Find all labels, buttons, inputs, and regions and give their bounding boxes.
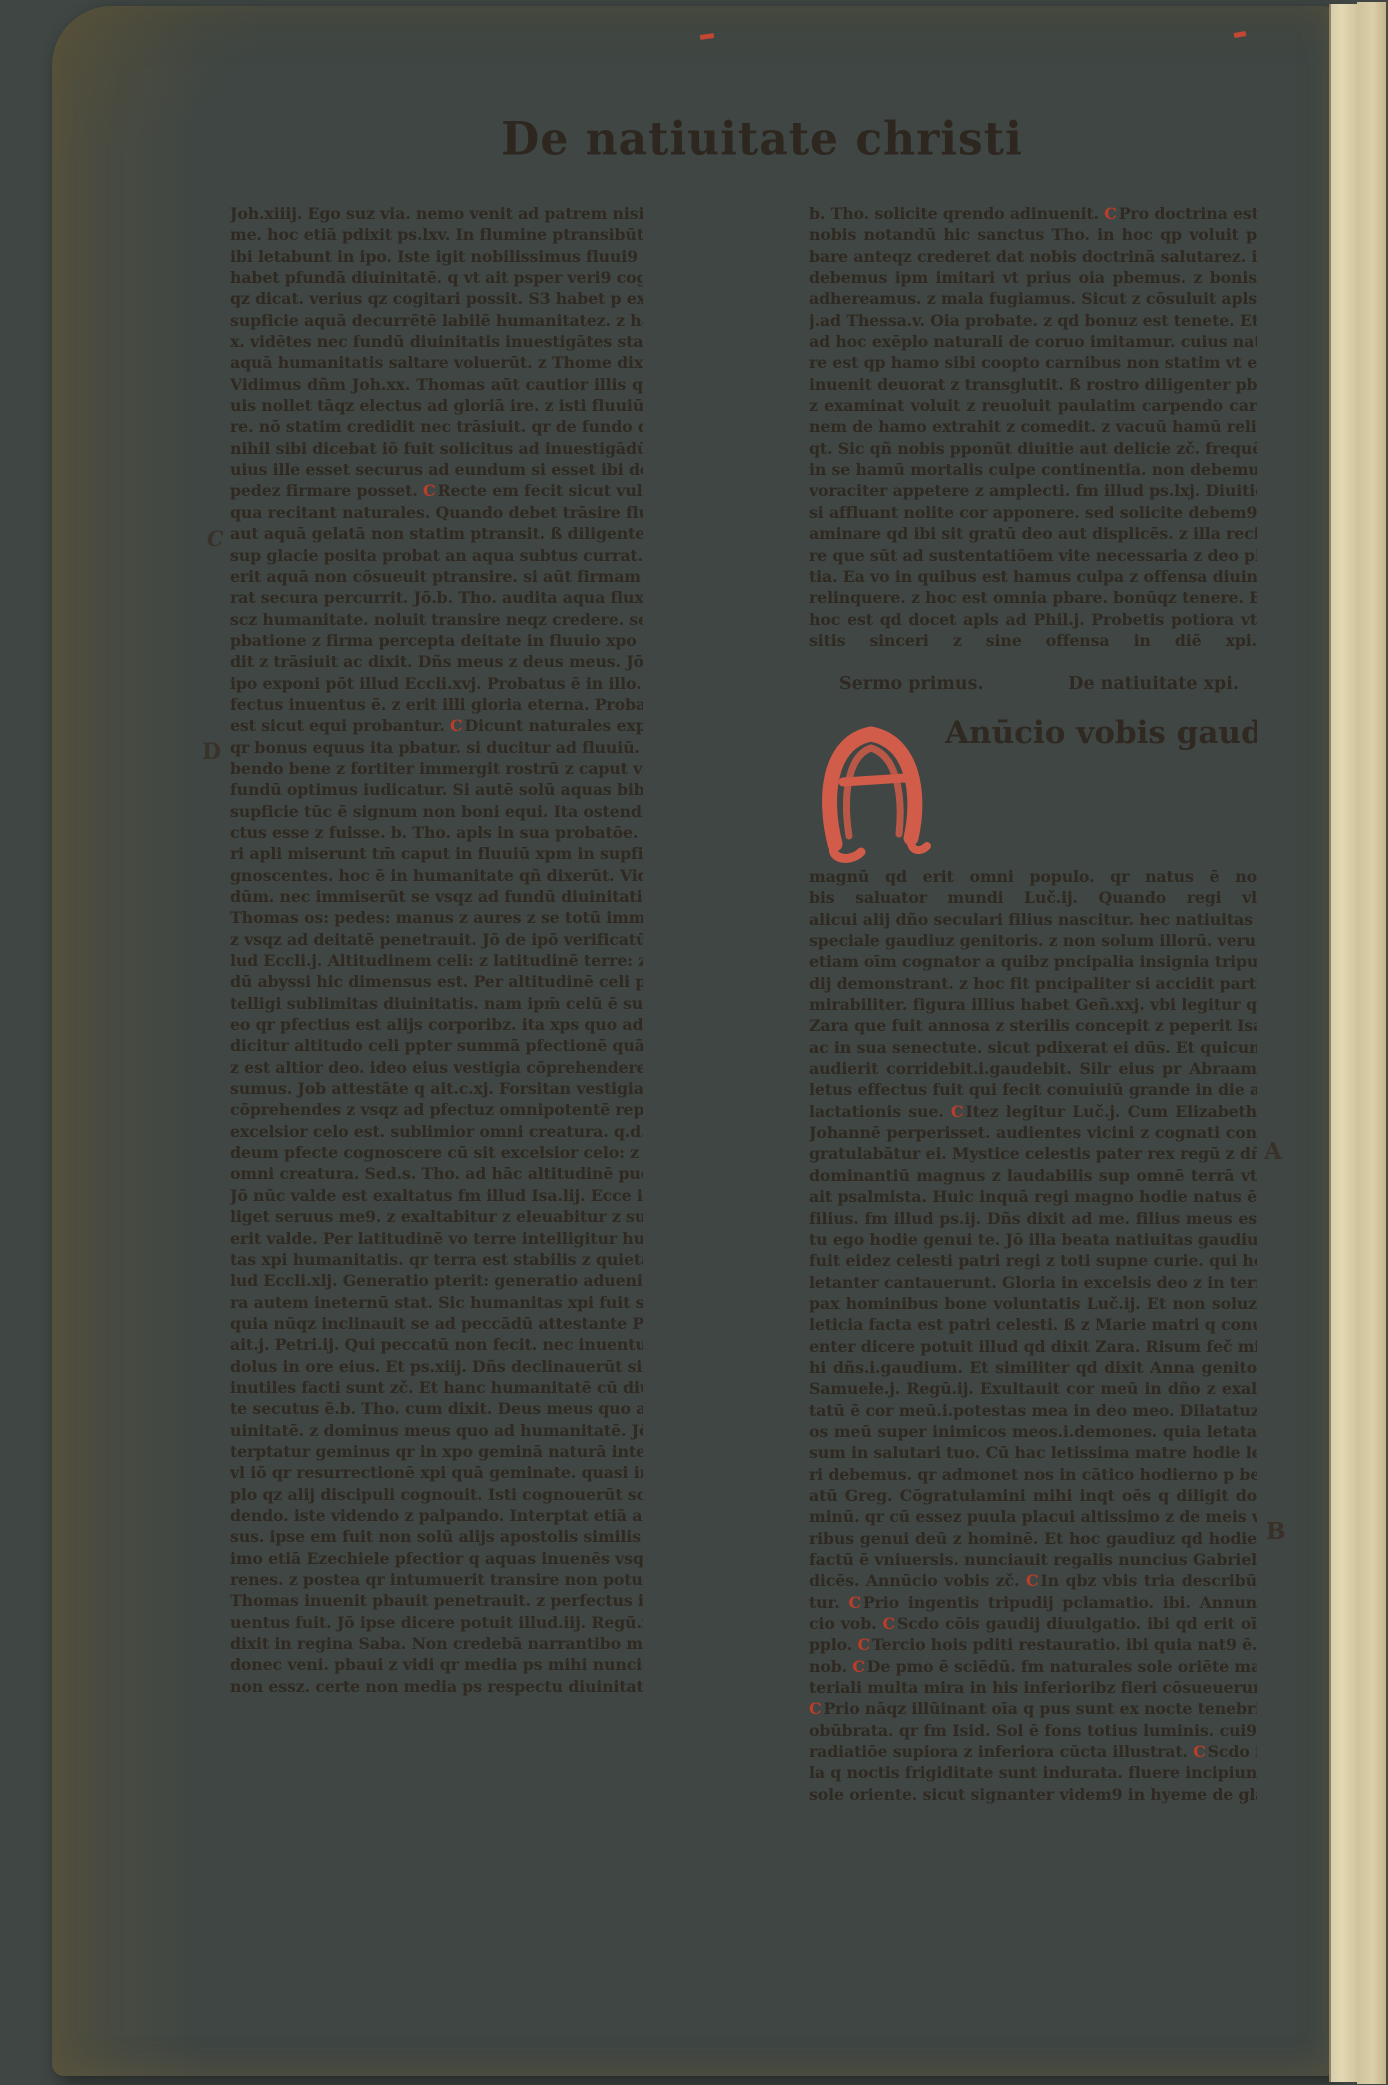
- text-line: scz humanitate. noluit transire neqz cre…: [230, 609, 643, 630]
- text-line: donec veni. pbaui z vidi qr media ps mih…: [230, 1654, 643, 1675]
- text-line: re. nō statim credidit nec trāsiuit. qr …: [230, 416, 643, 437]
- capitulum-mark: C: [852, 1657, 866, 1676]
- marginal-letter-right-lower: B: [1266, 1518, 1285, 1545]
- sermon-number-label: Sermo primus.: [839, 674, 984, 698]
- text-line: uinitatē. z dominus meus quo ad humanita…: [230, 1420, 643, 1441]
- text-line: sum in salutari tuo. Cū hac letissima ma…: [809, 1442, 1257, 1463]
- text-line: sup glacie posita probat an aqua subtus …: [230, 545, 643, 566]
- text-line: pbatione z firma percepta deitate in flu…: [230, 630, 643, 651]
- text-line: qua recitant naturales. Quando debet trā…: [230, 502, 643, 523]
- capitulum-mark: C: [951, 1102, 965, 1121]
- text-line: in se hamū mortalis culpe continentia. n…: [809, 459, 1257, 480]
- capitulum-mark: C: [1026, 1571, 1040, 1590]
- text-line: etiam oīm cognator a quibz pncipalia ins…: [809, 951, 1257, 972]
- marginal-letter-left-lower: D: [202, 739, 221, 765]
- text-line: audierit corridebit.i.gaudebit. Silr eiu…: [809, 1058, 1257, 1079]
- text-line: uis nollet tāqz electus ad gloriā ire. z…: [230, 395, 643, 416]
- text-line: renes. z postea qr intumuerit transire n…: [230, 1569, 643, 1590]
- text-line: ri apli miserunt tm̄ caput in fluuiū xpm…: [230, 843, 643, 864]
- text-line: nob. CDe pmo ē sciēdū. fm naturales sole…: [809, 1656, 1257, 1677]
- text-line: letanter cantauerunt. Gloria in excelsis…: [809, 1272, 1257, 1293]
- fore-edge-pages-outer: [1357, 2, 1388, 2084]
- text-line: omni creatura. Sed.s. Tho. ad hāc altitu…: [230, 1163, 643, 1184]
- text-line: Thomas os: pedes: manus z aures z se tot…: [230, 907, 643, 928]
- text-line: non essz. certe non media ps respectu di…: [230, 1676, 643, 1697]
- text-line: filius. fm illud ps.ij. Dñs dixit ad me.…: [809, 1208, 1257, 1229]
- text-line: plo qz alij discipuli cognouit. Isti cog…: [230, 1484, 643, 1505]
- left-text-column: Joh.xiiij. Ego suz via. nemo venit ad pa…: [230, 203, 643, 1697]
- right-text-column-prologue: b. Tho. solicite qrendo adinuenit. CPro …: [809, 203, 1257, 651]
- capitulum-mark: C: [848, 1593, 862, 1612]
- text-line: ra autem ineternū stat. Sic humanitas xp…: [230, 1292, 643, 1313]
- text-line: letus effectus fuit qui fecit conuiuiū g…: [809, 1079, 1257, 1100]
- text-line: qr bonus equus ita pbatur. si ducitur ad…: [230, 737, 643, 758]
- text-line: dit z trāsiuit ac dixit. Dñs meus z deus…: [230, 651, 643, 672]
- text-line: bis saluator mundi Luč.ij. Quando regi v…: [809, 887, 1257, 908]
- text-line: dendo. iste videndo z palpando. Interpta…: [230, 1505, 643, 1526]
- text-line: uius ille esset securus ad eundum si ess…: [230, 459, 643, 480]
- text-line: Jō nūc valde est exaltatus fm illud Isa.…: [230, 1185, 643, 1206]
- text-line: Joh.xiiij. Ego suz via. nemo venit ad pa…: [230, 203, 643, 224]
- text-line: ribus genui deū z hominē. Et hoc gaudiuz…: [809, 1528, 1257, 1549]
- text-line: factū ē vniuersis. nunciauit regalis nun…: [809, 1549, 1257, 1570]
- text-line: dūm. nec immiserūt se vsqz ad fundū diui…: [230, 886, 643, 907]
- text-line: ibi letabunt in ipo. Iste igit nobilissi…: [230, 246, 643, 267]
- sermon-title-label: De natiuitate xpi.: [1068, 674, 1239, 698]
- text-line: te secutus ē.b. Tho. cum dixit. Deus meu…: [230, 1398, 643, 1419]
- scanned-book-photo: { "page": { "header_title": "De natiuita…: [0, 0, 1388, 2085]
- text-line: sitis sinceri z sine offensa in diē xpi.: [809, 630, 1257, 651]
- text-line: pedez firmare posset. CRecte em fecit si…: [230, 480, 643, 501]
- text-line: radiatiōe supiora z inferiora cūcta illu…: [809, 1741, 1257, 1762]
- text-line: debemus ipm imitari vt prius oia pbemus.…: [809, 267, 1257, 288]
- red-mark: [700, 33, 715, 40]
- text-line: lud Eccli.j. Altitudinem celi: z latitud…: [230, 950, 643, 971]
- initial-a-glyph: [809, 716, 937, 866]
- text-line: dicēs. Annūcio vobis zč. CIn qbz vbis tr…: [809, 1570, 1257, 1591]
- text-line: hoc est qd docet apls ad Phil.j. Probeti…: [809, 609, 1257, 630]
- text-line: nem de hamo extrahit z comedit. z vacuū …: [809, 416, 1257, 437]
- text-line: me. hoc etiā pdixit ps.lxv. In flumine p…: [230, 224, 643, 245]
- text-line: aquā humanitatis saltare voluerūt. z Tho…: [230, 352, 643, 373]
- text-line: tia. Ea vo in quibus est hamus culpa z o…: [809, 566, 1257, 587]
- text-line: terptatur geminus qr in xpo geminā natur…: [230, 1441, 643, 1462]
- text-line: gnoscentes. hoc ē in humanitate qñ dixer…: [230, 865, 643, 886]
- text-line: adhereamus. z mala fugiamus. Sicut z cōs…: [809, 288, 1257, 309]
- text-line: imo etiā Ezechiele pfectior q aquas inue…: [230, 1548, 643, 1569]
- text-line: inuenit deuorat z transglutit. ß rostro …: [809, 374, 1257, 395]
- text-line: re que sūt ad sustentatiōem vite necessa…: [809, 545, 1257, 566]
- text-line: atū Greg. Cōgratulamini mihi inqt oēs q …: [809, 1485, 1257, 1506]
- book-page: De natiuitate christi Joh.xiiij. Ego suz…: [52, 6, 1334, 2076]
- text-line: dolus in ore eius. Et ps.xiij. Dñs decli…: [230, 1356, 643, 1377]
- text-line: dij demonstrant. z hoc fit pncipaliter s…: [809, 973, 1257, 994]
- text-line: alicui alij dño seculari filius nascitur…: [809, 909, 1257, 930]
- text-line: lactationis sue. CItez legitur Luč.j. Cu…: [809, 1101, 1257, 1122]
- text-line: supficie aquā decurrētē labilē humanitat…: [230, 310, 643, 331]
- text-line: z est altior deo. ideo eius vestigia cōp…: [230, 1057, 643, 1078]
- text-line: ac in sua senectute. sicut pdixerat ei d…: [809, 1037, 1257, 1058]
- capitulum-mark: C: [450, 716, 464, 735]
- text-line: sole oriente. sicut signanter videm9 in …: [809, 1784, 1257, 1805]
- text-line: erit valde. Per latitudinē vo terre inte…: [230, 1228, 643, 1249]
- lombard-initial-a: [809, 716, 937, 866]
- text-line: Samuele.j. Regū.ij. Exultauit cor meū in…: [809, 1378, 1257, 1399]
- marginal-letter-right-upper: A: [1264, 1138, 1282, 1165]
- text-line: fectus inuentus ē. z erit illi gloria et…: [230, 694, 643, 715]
- text-line: aut aquā gelatā non statim ptransit. ß d…: [230, 523, 643, 544]
- sermon-incipit-line: Anūcio vobis gaudiuz: [945, 712, 1257, 756]
- text-line: si affluant nolite cor apponere. sed sol…: [809, 502, 1257, 523]
- text-line: telligi sublimitas diuinitatis. nam ipm̄…: [230, 993, 643, 1014]
- capitulum-mark: C: [423, 481, 437, 500]
- text-line: ait.j. Petri.ij. Qui peccatū non fecit. …: [230, 1334, 643, 1355]
- text-line: bendo bene z fortiter immergit rostrū z …: [230, 758, 643, 779]
- text-line: minū. qr cū essez puula placui altissimo…: [809, 1506, 1257, 1527]
- red-mark: [1234, 31, 1247, 38]
- text-line: dū abyssi hic dimensus est. Per altitudi…: [230, 971, 643, 992]
- sermon-body: Anūcio vobis gaudiuz magnū qd erit omni …: [809, 712, 1257, 1805]
- text-line: obūbrata. qr fm Isid. Sol ē fons totius …: [809, 1720, 1257, 1741]
- text-line: cōprehendes z vsqz ad pfectuz omnipotent…: [230, 1099, 643, 1120]
- text-line: qt. Sic qñ nobis pponūt diuitie aut deli…: [809, 438, 1257, 459]
- text-line: enter dicere potuit illud qd dixit Zara.…: [809, 1336, 1257, 1357]
- text-line: hi dñs.i.gaudium. Et similiter qd dixit …: [809, 1357, 1257, 1378]
- page-title: De natiuitate christi: [482, 113, 1042, 167]
- text-line: ctus esse z fuisse. b. Tho. apls in sua …: [230, 822, 643, 843]
- text-line: quia nūqz inclinauit se ad peccādū attes…: [230, 1313, 643, 1334]
- text-line: z vsqz ad deitatē penetrauit. Jō de ipō …: [230, 929, 643, 950]
- text-line: est sicut equi probantur. CDicunt natura…: [230, 715, 643, 736]
- text-line: tu ego hodie genui te. Jō illa beata nat…: [809, 1229, 1257, 1250]
- text-line: gratulabātur ei. Mystice celestis pater …: [809, 1143, 1257, 1164]
- text-line: leticia facta est patri celesti. ß z Mar…: [809, 1314, 1257, 1335]
- text-line: deum pfecte cognoscere cū sit excelsior …: [230, 1142, 643, 1163]
- text-line: liget seruus me9. z exaltabitur z eleuab…: [230, 1206, 643, 1227]
- text-line: z examinat voluit z reuoluit paulatim ca…: [809, 395, 1257, 416]
- text-line: ait psalmista. Huic inquā regi magno hod…: [809, 1186, 1257, 1207]
- text-line: dominantiū magnus z laudabilis sup omnē …: [809, 1165, 1257, 1186]
- text-line: erit aquā non cōsueuit ptransire. si aūt…: [230, 566, 643, 587]
- text-line: tur. CPrio ingentis tripudij pclamatio. …: [809, 1592, 1257, 1613]
- text-line: re est qp hamo sibi coopto carnibus non …: [809, 352, 1257, 373]
- text-line: habet pfundā diuinitatē. q vt ait psper …: [230, 267, 643, 288]
- text-line: teriali multa mira in his inferioribz fi…: [809, 1677, 1257, 1698]
- text-line: la q noctis frigiditate sunt indurata. f…: [809, 1762, 1257, 1783]
- sermon-lines: alicui alij dño seculari filius nascitur…: [809, 909, 1257, 1805]
- text-line: pax hominibus bone voluntatis Luč.ij. Et…: [809, 1293, 1257, 1314]
- text-line: excelsior celo est. sublimior omni creat…: [230, 1121, 643, 1142]
- text-line: uentus fuit. Jō ipse dicere potuit illud…: [230, 1612, 643, 1633]
- text-line: aminare qd ibi sit gratū deo aut displic…: [809, 523, 1257, 544]
- capitulum-mark: C: [809, 1699, 823, 1718]
- text-line: fundū optimus iudicatur. Si autē solū aq…: [230, 779, 643, 800]
- text-line: fuit eidez celesti patri regi z toti sup…: [809, 1250, 1257, 1271]
- text-line: tatū ē cor meū.i.potestas mea in deo meo…: [809, 1400, 1257, 1421]
- text-line: dicitur altitudo celi ppter summā pfecti…: [230, 1035, 643, 1056]
- text-line: cio vob. CScdo cōis gaudij diuulgatio. i…: [809, 1613, 1257, 1634]
- text-line: Vidimus dñm Joh.xx. Thomas aūt cautior i…: [230, 374, 643, 395]
- text-line: voraciter appetere z amplecti. fm illud …: [809, 480, 1257, 501]
- text-line: lud Eccli.xlj. Generatio pterit: generat…: [230, 1270, 643, 1291]
- text-line: CPrio nāqz illūinant oīa q pus sunt ex n…: [809, 1698, 1257, 1719]
- page-left-shadow: [52, 6, 202, 2076]
- text-line: magnū qd erit omni populo. qr natus ē no: [809, 866, 1257, 887]
- text-line: sus. ipse em fuit non solū alijs apostol…: [230, 1526, 643, 1547]
- text-line: nihil sibi dicebat iō fuit solicitus ad …: [230, 438, 643, 459]
- text-line: Zara que fuit annosa z sterilis concepit…: [809, 1015, 1257, 1036]
- capitulum-mark: C: [883, 1614, 897, 1633]
- text-line: j.ad Thessa.v. Oia probate. z qd bonuz e…: [809, 310, 1257, 331]
- text-line: rat secura percurrit. Jō.b. Tho. audita …: [230, 587, 643, 608]
- text-line: inutiles facti sunt zč. Et hanc humanita…: [230, 1377, 643, 1398]
- text-line: ipo exponi pōt illud Eccli.xvj. Probatus…: [230, 673, 643, 694]
- text-line: ri debemus. qr admonet nos in cātico hod…: [809, 1464, 1257, 1485]
- capitulum-mark: C: [1193, 1742, 1207, 1761]
- capitulum-mark: C: [857, 1635, 871, 1654]
- text-line: Thomas inuenit pbauit penetrauit. z perf…: [230, 1590, 643, 1611]
- capitulum-mark: C: [1104, 204, 1118, 223]
- marginal-letter-left-upper: C: [207, 526, 224, 551]
- text-line: qz dicat. verius qz cogitari possit. S3 …: [230, 288, 643, 309]
- text-line: supficie tūc ē signum non boni equi. Ita…: [230, 801, 643, 822]
- text-line: relinquere. z hoc est omnia pbare. bonūq…: [809, 587, 1257, 608]
- page-corner-curl: [52, 6, 272, 166]
- text-line: ad hoc exēplo naturali de coruo imitamur…: [809, 331, 1257, 352]
- text-line: sumus. Job attestāte q ait.c.xj. Forsita…: [230, 1078, 643, 1099]
- text-line: dixit in regina Saba. Non credebā narran…: [230, 1633, 643, 1654]
- sermon-heading-row: Sermo primus. De natiuitate xpi.: [809, 674, 1257, 698]
- text-line: speciale gaudiuz genitoris. z non solum …: [809, 930, 1257, 951]
- text-line: bare anteqz crederet dat nobis doctrinā …: [809, 246, 1257, 267]
- text-line: eo qr pfectius est alijs corporibz. ita …: [230, 1014, 643, 1035]
- text-line: tas xpi humanitatis. qr terra est stabil…: [230, 1249, 643, 1270]
- text-line: mirabiliter. figura illius habet Geñ.xxj…: [809, 994, 1257, 1015]
- text-line: nobis notandū hic sanctus Tho. in hoc qp…: [809, 224, 1257, 245]
- text-line: vl iō qr resurrectionē xpi quā geminate.…: [230, 1462, 643, 1483]
- text-line: pplo. CTercio hois pditi restauratio. ib…: [809, 1634, 1257, 1655]
- text-line: os meū super inimicos meos.i.demones. qu…: [809, 1421, 1257, 1442]
- text-line: x. vidētes nec fundū diuinitatis inuesti…: [230, 331, 643, 352]
- fore-edge-pages-inner: [1329, 4, 1358, 2082]
- text-line: b. Tho. solicite qrendo adinuenit. CPro …: [809, 203, 1257, 224]
- text-line: Johannē perperisset. audientes vicini z …: [809, 1122, 1257, 1143]
